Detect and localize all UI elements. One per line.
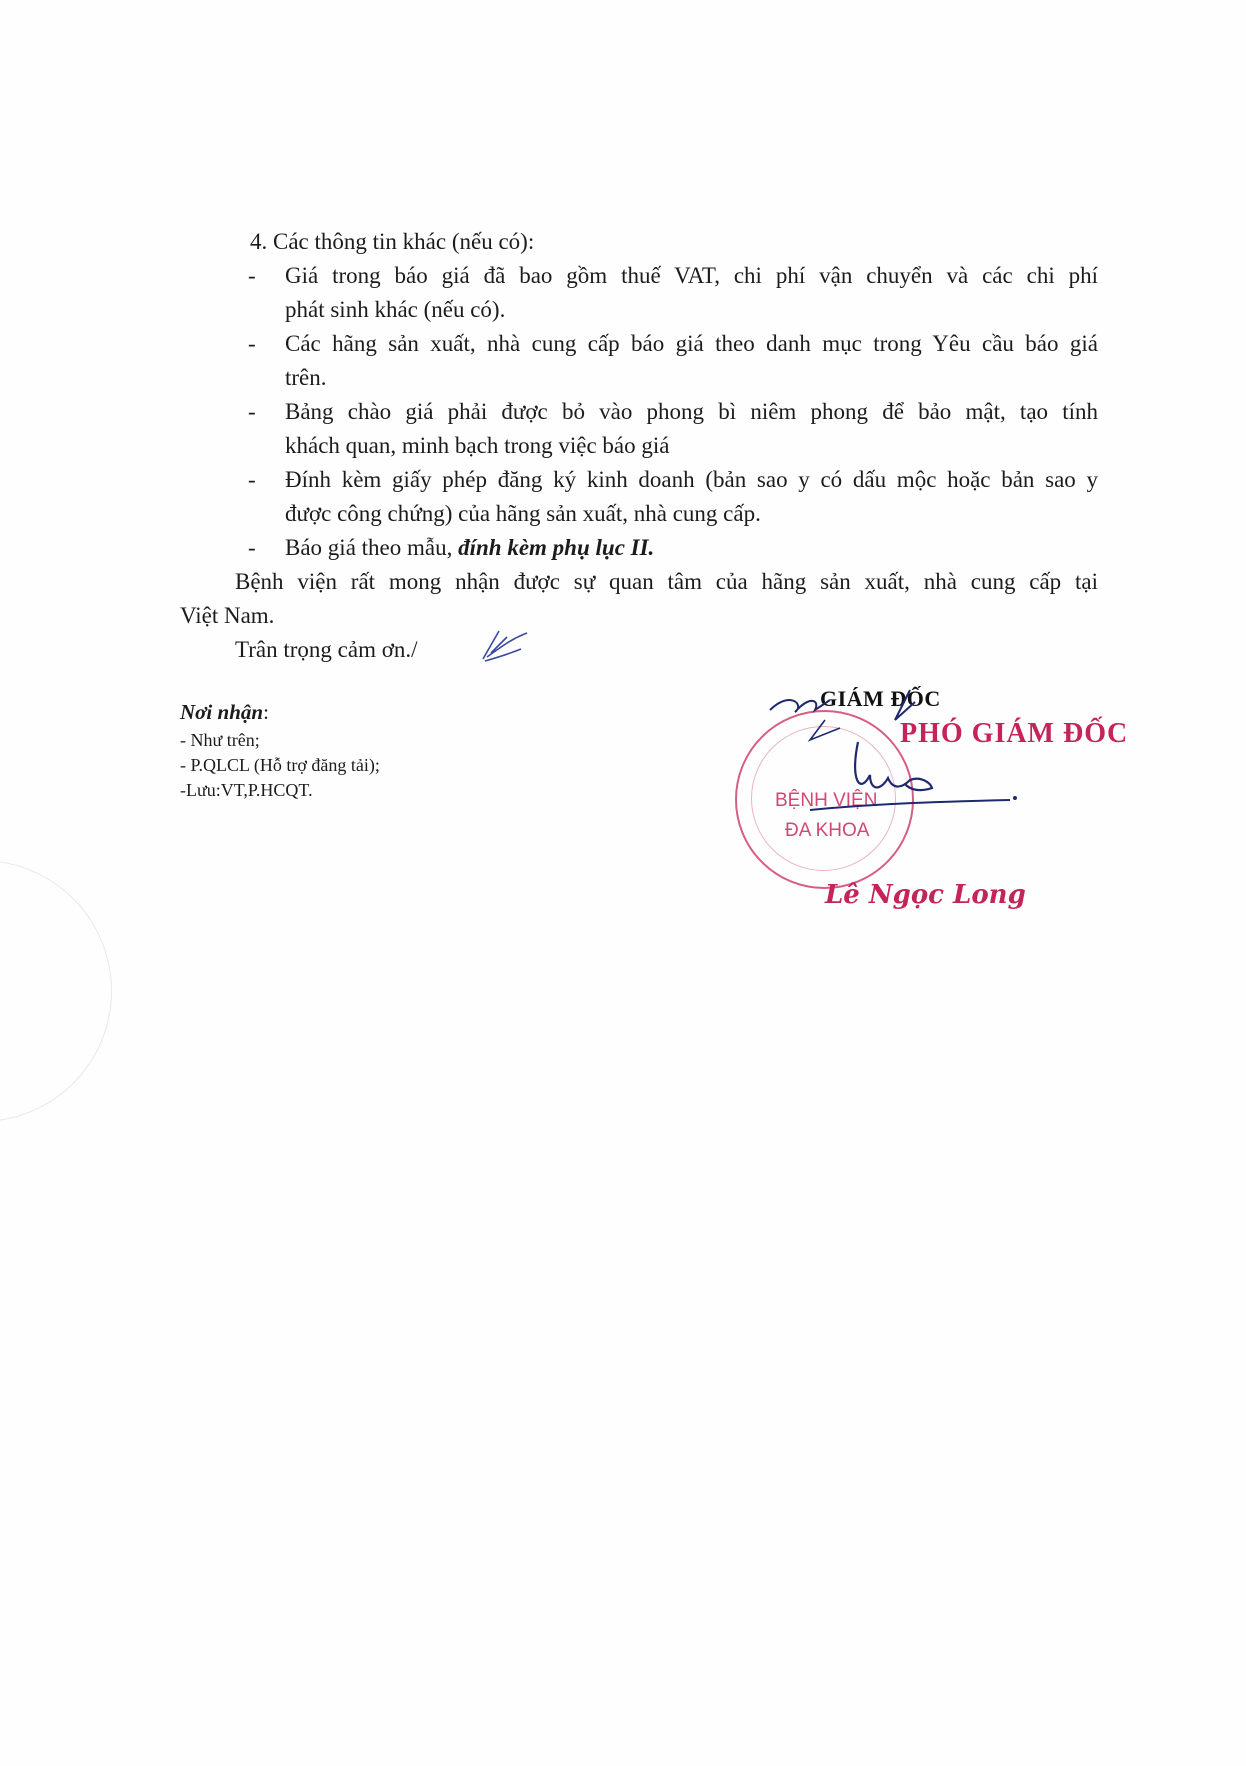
signature-block: BỆNH VIỆN ĐA KHOA GIÁM ĐỐC PHÓ GIÁM ĐỐC … [710, 680, 1140, 940]
bullet-marker: - [248, 259, 256, 293]
closing-line-1: Bệnh viện rất mong nhận được sự quan tâm… [235, 565, 1098, 599]
recipients-block: Nơi nhận: - Như trên; - P.QLCL (Hỗ trợ đ… [180, 700, 380, 803]
closing-line-1-cont: Việt Nam. [180, 599, 274, 633]
closing-thanks-text: Trân trọng cảm ơn./ [235, 637, 418, 662]
bullet-4-line-2: được công chứng) của hãng sản xuất, nhà … [285, 497, 1098, 531]
handwritten-signature-icon [710, 680, 1130, 880]
bullet-2-line-1: Các hãng sản xuất, nhà cung cấp báo giá … [285, 327, 1098, 361]
faint-seal-bleedthrough [0, 860, 112, 1122]
signer-name: Lê Ngọc Long [825, 880, 1026, 910]
recipient-item: - P.QLCL (Hỗ trợ đăng tải); [180, 753, 380, 778]
bullet-1-line-2: phát sinh khác (nếu có). [285, 293, 1098, 327]
recipient-item: -Lưu:VT,P.HCQT. [180, 778, 380, 803]
recipient-item: - Như trên; [180, 728, 380, 753]
bullet-marker: - [248, 395, 256, 429]
bullet-5: Báo giá theo mẫu, đính kèm phụ lục II. [285, 531, 1098, 565]
section-heading: 4. Các thông tin khác (nếu có): [250, 225, 534, 259]
bullet-1-line-1: Giá trong báo giá đã bao gồm thuế VAT, c… [285, 259, 1098, 293]
bullet-marker: - [248, 531, 256, 565]
closing-thanks: Trân trọng cảm ơn./ [235, 633, 418, 667]
bullet-5-text: Báo giá theo mẫu, [285, 535, 458, 560]
bullet-marker: - [248, 327, 256, 361]
bullet-4-line-1: Đính kèm giấy phép đăng ký kinh doanh (b… [285, 463, 1098, 497]
recipients-title-text: Nơi nhận [180, 700, 263, 724]
document-page: 4. Các thông tin khác (nếu có): - Giá tr… [0, 0, 1246, 1766]
bullet-2-line-2: trên. [285, 361, 1098, 395]
bullet-3-line-1: Bảng chào giá phải được bỏ vào phong bì … [285, 395, 1098, 429]
initial-signature-icon [481, 627, 531, 663]
appendix-reference: đính kèm phụ lục II. [458, 535, 654, 560]
recipients-title: Nơi nhận: [180, 700, 380, 725]
bullet-3-line-2: khách quan, minh bạch trong việc báo giá [285, 429, 1098, 463]
bullet-marker: - [248, 463, 256, 497]
recipients-title-colon: : [263, 700, 269, 724]
